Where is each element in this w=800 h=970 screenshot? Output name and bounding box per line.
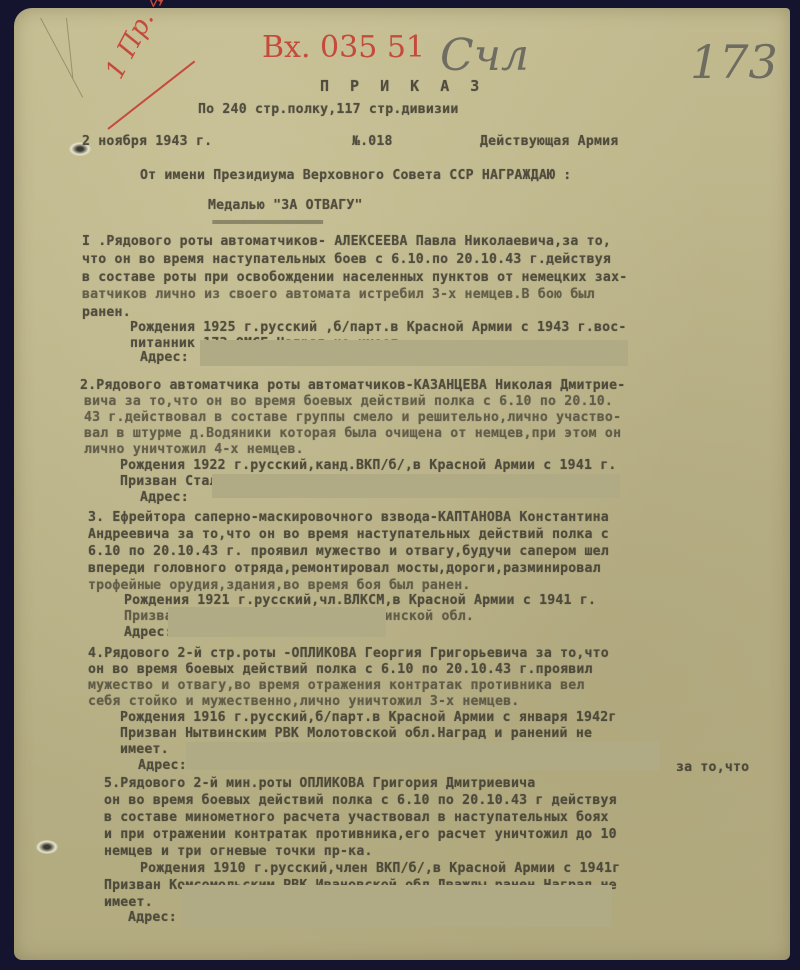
- paper-crease: [40, 18, 83, 98]
- entry-bio-line: Призван Нытвинским РВК Молотовской обл.Н…: [120, 726, 592, 741]
- address-label: Адрес:: [140, 350, 189, 365]
- entry-text-line: лично уничтожил 4-х немцев.: [84, 442, 304, 457]
- entry-text-line: 43 г.действовал в составе группы смело и…: [84, 410, 621, 425]
- entry-text-line: в составе минометного расчета участвовал…: [104, 810, 609, 825]
- redacted-address: [186, 742, 660, 770]
- order-place: Действующая Армия: [480, 134, 618, 149]
- entry-bio-line: Рождения 1916 г.русский,б/парт.в Красной…: [120, 710, 617, 725]
- entry-text-line: мужество и отвагу,во время отражения кон…: [88, 678, 585, 693]
- address-label: Адрес:: [128, 910, 177, 925]
- document-title: П Р И К А З: [320, 77, 485, 95]
- entry-text-line: себя стойко и мужественно,лично уничтожи…: [88, 694, 519, 709]
- entry-bio-line: Рождения 1925 г.русский ,б/парт.в Красно…: [130, 320, 627, 335]
- order-number: №.018: [352, 134, 393, 149]
- redacted-address: [168, 607, 386, 637]
- red-archive-number: Вх. 035 51: [262, 30, 425, 65]
- redacted-address: [212, 474, 620, 498]
- pencil-mark: Счл: [440, 30, 529, 81]
- entry-text-line: 5.Рядового 2-й мин.роты ОПЛИКОВА Григори…: [104, 776, 535, 791]
- entry-bio-line: имеет.: [104, 895, 153, 910]
- entry-text-line: он во время боевых действий полка с 6.10…: [104, 793, 617, 808]
- order-date: 2 ноября 1943 г.: [82, 134, 212, 149]
- address-label: Адрес:: [138, 758, 187, 773]
- redacted-address: [182, 885, 612, 927]
- order-preamble: От имени Президиума Верховного Совета СС…: [140, 168, 571, 183]
- entry-text-line: I .Рядового роты автоматчиков- АЛЕКСЕЕВА…: [82, 234, 611, 249]
- entry-text-line: 2.Рядового автоматчика роты автоматчиков…: [80, 378, 625, 393]
- paper-hole: [36, 840, 58, 854]
- entry-text-line: в составе роты при освобождении населенн…: [82, 270, 627, 285]
- entry-bio-line: Рождения 1921 г.русский,чл.ВЛКСМ,в Красн…: [124, 593, 596, 608]
- entry-text-line: ватчиков лично из своего автомата истреб…: [82, 287, 595, 302]
- entry-bio-line: имеет.: [120, 742, 169, 757]
- award-underline: =========================: [212, 218, 322, 228]
- entry-text-line: немцев и три огневые точки пр-ка.: [104, 844, 373, 859]
- entry-text-line: вал в штурме д.Водяники которая была очи…: [84, 426, 621, 441]
- entry-text-line: 4.Рядового 2-й стр.роты -ОПЛИКОВА Георги…: [88, 646, 609, 661]
- entry-bio-line: Рождения 1922 г.русский,канд.ВКП/б/,в Кр…: [120, 458, 617, 473]
- entry-text-line: он во время боевых действий полка с 6.10…: [88, 662, 593, 677]
- document-subtitle: По 240 стр.полку,117 стр.дивизии: [198, 102, 458, 117]
- entry-text-line: 3. Ефрейтора саперно-маскировочного взво…: [88, 510, 609, 525]
- entry-text-line: трофейные орудия,здания,во время боя был…: [88, 578, 471, 593]
- entry-text-line: и при отражении контратак противника,его…: [104, 827, 617, 842]
- entry-text-line: ранен.: [82, 305, 131, 320]
- award-name: Медалью "ЗА ОТВАГУ": [208, 198, 363, 213]
- entry-text-line: впереди головного отряда,ремонтировал мо…: [88, 561, 601, 576]
- address-label: Адрес:: [124, 625, 173, 640]
- page-number: 173: [690, 35, 778, 89]
- entry-text-line: за то,что: [676, 760, 749, 775]
- entry-text-line: вича за то,что он во время боевых действ…: [84, 394, 613, 409]
- entry-text-line: 6.10 по 20.10.43 г. проявил мужество и о…: [88, 544, 609, 559]
- entry-text-line: Андреевича за то,что он во время наступа…: [88, 527, 609, 542]
- redacted-address: [200, 340, 628, 366]
- address-label: Адрес:: [140, 490, 189, 505]
- entry-bio-line: Рождения 1910 г.русский,член ВКП/б/,в Кр…: [140, 861, 620, 876]
- entry-text-line: что он во время наступательных боев с 6.…: [82, 252, 611, 267]
